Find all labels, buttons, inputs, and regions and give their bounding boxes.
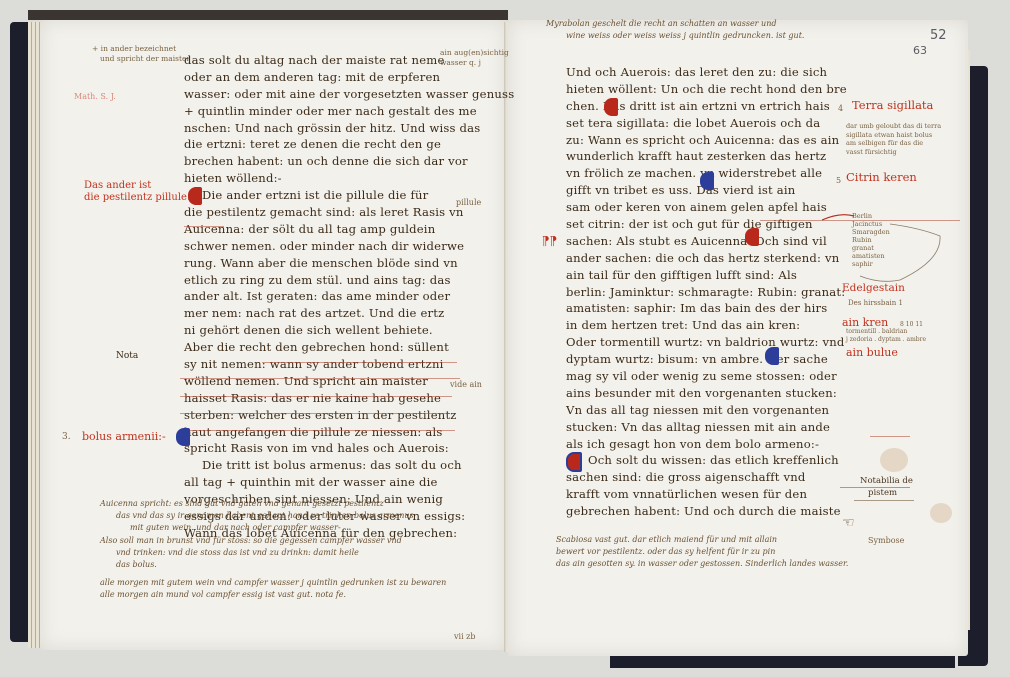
margin-number-citrin: 5 <box>836 176 841 186</box>
bracket-line <box>820 210 950 285</box>
text-line: + quintlin minder oder mer nach gestalt … <box>184 103 514 120</box>
text-line: mer nem: nach rat des artzet. Und die er… <box>184 305 514 322</box>
text-line: zu: Wann es spricht och Auicenna: das es… <box>566 132 847 149</box>
underline <box>180 396 452 397</box>
red-initial <box>745 228 759 246</box>
underline <box>840 487 910 488</box>
underline <box>184 226 224 227</box>
text-line: mag sy vil oder wenig zu seme stossen: o… <box>566 368 847 385</box>
text-line: sachen: Als stubt es Auicenna. Och sind … <box>566 233 847 250</box>
text-line: haut angefangen die pillule ze niessen: … <box>184 424 514 441</box>
right-text-column: Und och Auerois: das leret den zu: die s… <box>566 64 847 520</box>
text-line: in dem hertzen tret: Und das ain kren: <box>566 317 847 334</box>
text-line: rung. Wann aber die menschen blöde sind … <box>184 255 514 272</box>
text-line: haisset Rasis: das er nie kaine hab gese… <box>184 390 514 407</box>
text-line: oder an dem anderen tag: mit de erpferen <box>184 69 514 86</box>
margin-label-terra-sigillata: Terra sigillata <box>852 98 933 112</box>
text-line: das solt du altag nach der maiste rat ne… <box>184 52 514 69</box>
text-line: Und och Auerois: das leret den zu: die s… <box>566 64 847 81</box>
text-line: die ertzni: teret ze denen die recht den… <box>184 136 514 153</box>
text-line: Vn das all tag niessen mit den vorgenant… <box>566 402 847 419</box>
text-line: hieten wöllend:- <box>184 170 514 187</box>
margin-label-edelgestain: Edelgestain <box>842 282 905 294</box>
text-line: krafft vom vnnatürlichen wesen für den <box>566 486 847 503</box>
left-margin-red-reference: Math. S. J. <box>74 92 116 102</box>
text-line: spricht Rasis von im vnd hales och Auero… <box>184 440 514 457</box>
text-line: dyptam wurtz: bisum: vn ambre. Der sache <box>566 351 847 368</box>
margin-label-ain-bulue: ain bulue <box>846 346 898 359</box>
margin-label-nota: Nota <box>116 351 138 361</box>
text-line: Auicenna: der sölt du all tag amp guldei… <box>184 221 514 238</box>
paragraph-marker: ⁋⁋ <box>542 236 557 246</box>
text-line: etlich zu ring zu dem stül. und ains tag… <box>184 272 514 289</box>
folio-number-old: 63 <box>913 44 927 57</box>
decorated-initial <box>566 452 582 472</box>
margin-label-notabilia: Notabilia de <box>860 476 913 486</box>
gem-note: Des hirssbain 1 <box>848 298 903 308</box>
margin-label-symbose: Symbose <box>868 536 904 546</box>
text-line: wunderlich krafft haut zesterken das her… <box>566 148 847 165</box>
left-bottom-right-mark: vii zb <box>454 632 476 642</box>
left-bottom-notes: Auicenna spricht: es sind gut vnd guten … <box>100 498 446 602</box>
underline <box>262 362 457 363</box>
underline <box>854 500 914 501</box>
text-line: ain tail für den gifftigen lufft sind: A… <box>566 267 847 284</box>
blue-initial <box>700 172 714 190</box>
text-line: stucken: Vn das alltag niessen mit ain a… <box>566 419 847 436</box>
margin-label-vide: vide ain <box>450 380 482 390</box>
text-line: ander alt. Ist geraten: das ame minder o… <box>184 288 514 305</box>
text-line: amatisten: saphir: Im das bain des der h… <box>566 300 847 317</box>
text-line: gebrechen habent: Und och durch die mais… <box>566 503 847 520</box>
stain <box>930 503 952 523</box>
text-line: ander sachen: die och das hertz sterkend… <box>566 250 847 267</box>
text-line: set tera sigillata: die lobet Auerois oc… <box>566 115 847 132</box>
margin-label-pistem: pistem <box>868 488 897 498</box>
text-line: wasser: oder mit aine der vorgesetzten w… <box>184 86 514 103</box>
text-line: schwer nemen. oder minder nach dir wider… <box>184 238 514 255</box>
right-top-notes: Myrabolan geschelt die recht an schatten… <box>546 18 804 42</box>
red-initial <box>604 98 618 116</box>
text-line: nschen: Und nach grössin der hitz. Und w… <box>184 120 514 137</box>
terra-sigillata-note: dar umb geloubt das di terra sigillata e… <box>846 122 941 156</box>
text-line: hieten wöllent: Un och die recht hond de… <box>566 81 847 98</box>
text-line: Aber die recht den gebrechen hond: sülle… <box>184 339 514 356</box>
text-line: Oder tormentill wurtz: vn baldrion wurtz… <box>566 334 847 351</box>
text-line: sam oder keren von ainem gelen apfel hai… <box>566 199 847 216</box>
margin-label-das-ander: Das ander ist die pestilentz pillule: <box>84 180 190 204</box>
text-line: all tag + quinthin mit der wasser aine d… <box>184 474 514 491</box>
text-line: ni gehört denen die sich wellent behiete… <box>184 322 514 339</box>
left-text-column: das solt du altag nach der maiste rat ne… <box>184 52 514 542</box>
text-line: brechen habent: un och denne die sich da… <box>184 153 514 170</box>
text-line: Die tritt ist bolus armenus: das solt du… <box>184 457 514 474</box>
text-line: sterben: welcher des ersten in der pesti… <box>184 407 514 424</box>
right-bottom-notes: Scabiosa vast gut. dar etlich maiend für… <box>556 534 848 571</box>
underline <box>180 378 460 379</box>
text-line: als ich gesagt hon von dem bolo armeno:- <box>566 436 847 453</box>
margin-label-bolus-armenii: bolus armenii:- <box>82 430 166 443</box>
blue-initial <box>765 347 779 365</box>
book-cover-top <box>28 10 508 20</box>
stain <box>880 448 908 472</box>
text-line: sy nit nemen: wann sy ander tobend ertzn… <box>184 356 514 373</box>
underline <box>180 430 455 431</box>
underline <box>180 413 450 414</box>
margin-label-pillule: pillule <box>456 198 481 208</box>
text-line: berlin: Jaminktur: schmaragte: Rubin: gr… <box>566 284 847 301</box>
text-line: Och solt du wissen: das etlich kreffenli… <box>566 452 847 469</box>
text-line: set citrin: der ist och gut für die gift… <box>566 216 847 233</box>
underline <box>870 436 910 437</box>
margin-number: 3. <box>62 432 71 442</box>
blue-initial <box>176 428 190 446</box>
left-top-margin-note: + in ander bezeichnet und spricht der ma… <box>92 44 190 64</box>
text-line: sachen sind: die gross aigenschafft vnd <box>566 469 847 486</box>
text-line: ains besunder mit den vorgenanten stucke… <box>566 385 847 402</box>
pointing-hand-icon: ☜ <box>842 518 855 528</box>
kren-note: tormentill . baldrian j zedoria . dyptam… <box>846 328 926 344</box>
margin-label-citrin-keren: Citrin keren <box>846 170 917 184</box>
margin-number-terra: 4 <box>838 104 843 114</box>
folio-number: 52 <box>930 28 947 43</box>
